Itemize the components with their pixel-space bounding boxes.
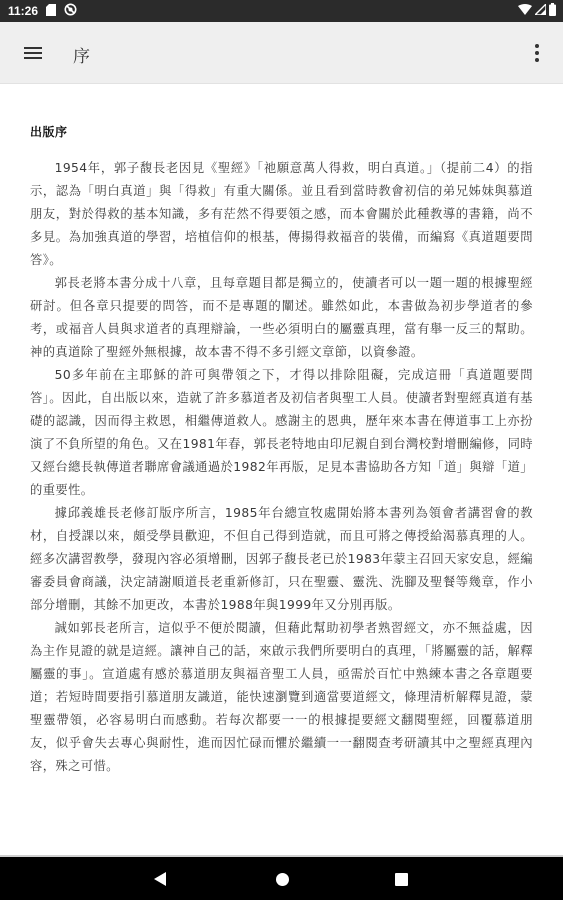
home-circle-icon <box>276 873 289 886</box>
status-right <box>518 3 556 19</box>
wifi-icon <box>518 4 532 18</box>
status-time: 11:26 <box>8 4 38 18</box>
home-button[interactable] <box>270 869 294 889</box>
paragraph: 郭長老將本書分成十八章，且每章題目都是獨立的，使讀者可以一題一題的根據聖經研討。… <box>30 272 533 364</box>
recents-button[interactable] <box>389 869 413 889</box>
status-bar: 11:26 <box>0 0 563 22</box>
paragraph: 50多年前在主耶穌的許可與帶領之下，才得以排除阻礙，完成這冊「真道題要問答」。因… <box>30 364 533 502</box>
system-nav-bar <box>0 855 563 900</box>
app-bar: 序 <box>0 22 563 84</box>
hamburger-menu-icon[interactable] <box>18 39 48 67</box>
paragraph: 誠如郭長老所言，這似乎不便於閱讀，但藉此幫助初學者熟習經文，亦不無益處，因為主作… <box>30 617 533 778</box>
back-button[interactable] <box>148 869 172 889</box>
sync-disabled-icon <box>64 3 77 19</box>
reading-content[interactable]: 出版序 1954年，郭子馥長老因見《聖經》「祂願意萬人得救，明白真道。」（提前二… <box>0 85 563 855</box>
paragraph: 1954年，郭子馥長老因見《聖經》「祂願意萬人得救，明白真道。」（提前二4）的指… <box>30 157 533 272</box>
battery-icon <box>549 3 556 19</box>
status-left: 11:26 <box>8 3 77 19</box>
back-triangle-icon <box>154 872 166 886</box>
more-vert-icon[interactable] <box>529 41 545 65</box>
recents-square-icon <box>395 873 408 886</box>
paragraph: 據邱義雄長老修訂版序所言，1985年台總宣牧處開始將本書列為領會者講習會的教材，… <box>30 502 533 617</box>
page-title: 序 <box>73 42 90 67</box>
section-title: 出版序 <box>30 123 533 140</box>
cell-signal-icon <box>535 4 546 18</box>
sd-card-icon <box>46 4 56 19</box>
